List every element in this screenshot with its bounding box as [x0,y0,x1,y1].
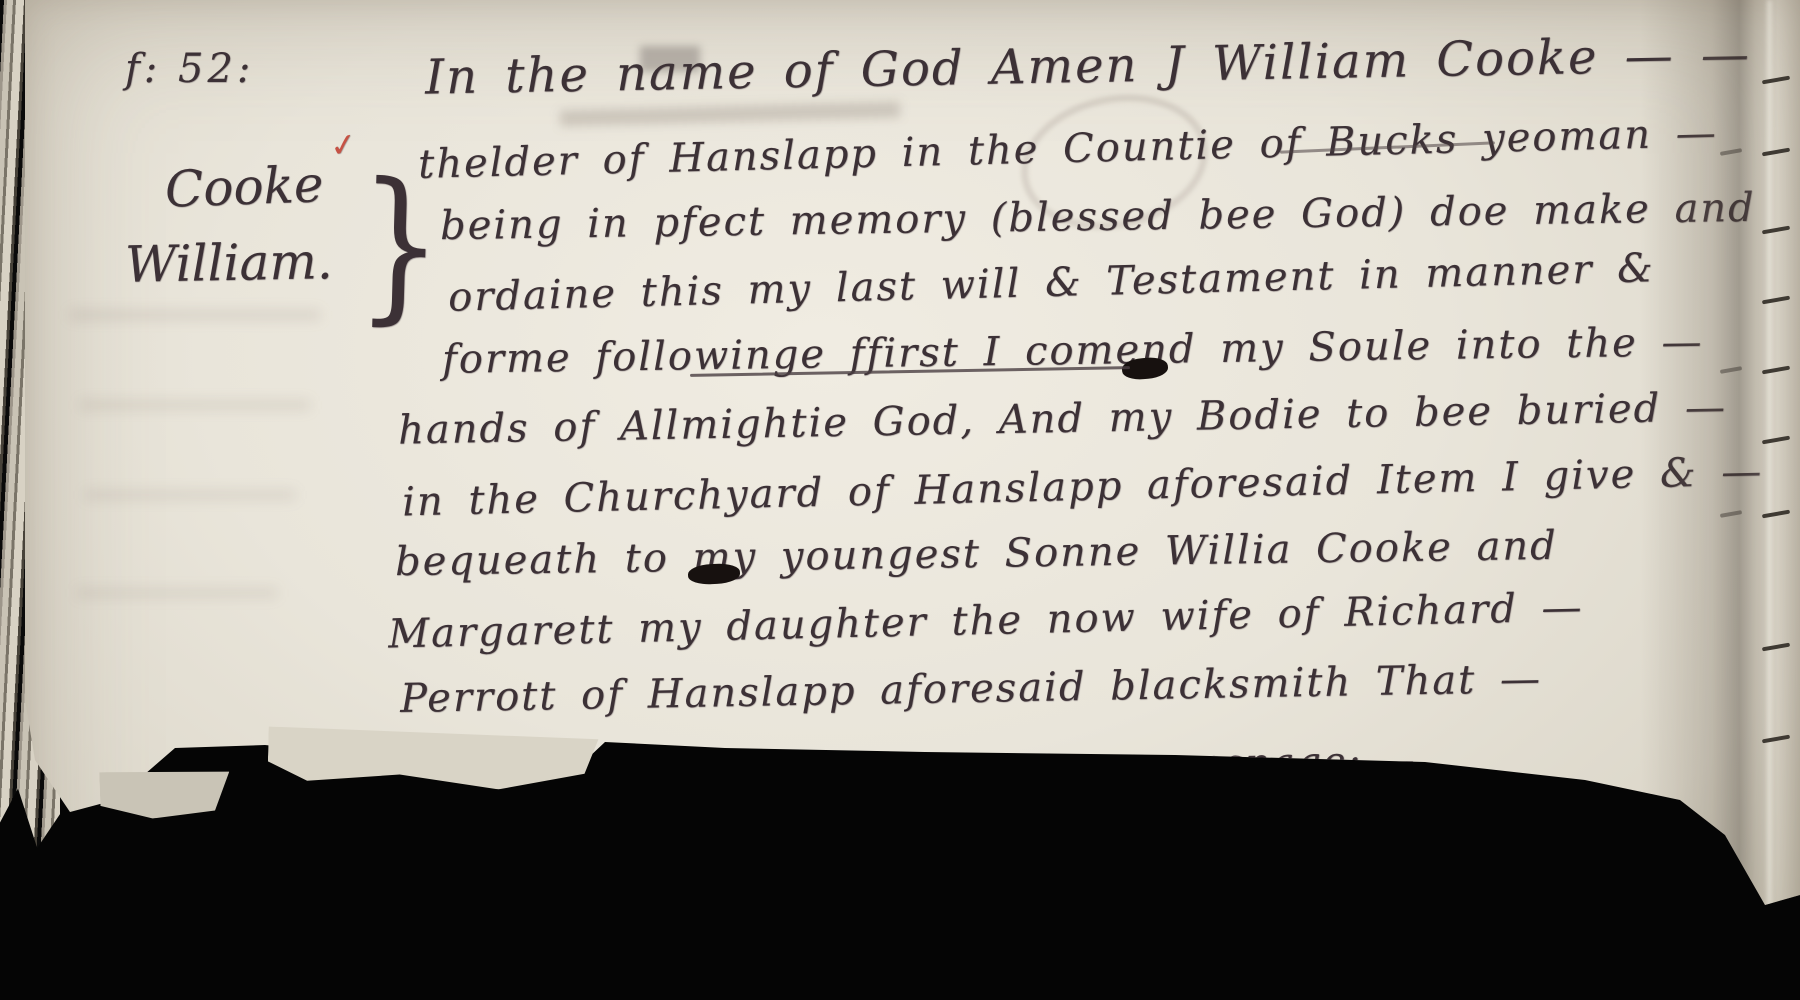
will-line-6: hands of Allmightie God, And my Bodie to… [398,384,1728,453]
manuscript-page: f: 52: ✓ Cooke William. } In the name of… [25,0,1800,1000]
ink-blot [688,563,741,586]
page-edge-tick [1720,148,1742,156]
ink-smear [560,102,900,127]
margin-surname: Cooke [164,155,324,218]
will-line-1: In the name of God Amen J William Cooke … [425,26,1752,105]
torn-paper-fragment [99,768,231,821]
will-line-4: ordaine this my last will & Testament in… [448,245,1656,320]
will-line-2: thelder of Hanslapp in the Countie of Bu… [418,110,1719,188]
will-line-10: Perrott of Hanslapp aforesaid blacksmith… [400,656,1543,722]
page-edge-tick [1720,366,1742,374]
margin-forename: William. [125,232,334,294]
show-through-smudge [85,490,295,500]
catchword: messnage: — [1140,738,1417,787]
will-line-5: forme followinge ffirst I comend my Soul… [442,319,1704,383]
will-line-8: bequeath to my youngest Sonne Willia Coo… [395,523,1558,585]
red-check-mark: ✓ [327,124,359,165]
show-through-smudge [80,400,310,410]
show-through-smudge [70,310,320,320]
will-line-9: Margarett my daughter the now wife of Ri… [388,584,1584,657]
page-edge-tick [1720,510,1742,518]
folio-number: f: 52: [125,46,254,92]
will-line-3: being in pfect memory (blessed bee God) … [440,185,1756,249]
show-through-smudge [77,588,277,598]
will-line-7: in the Churchyard of Hanslapp aforesaid … [402,449,1764,526]
manuscript-photo: f: 52: ✓ Cooke William. } In the name of… [0,0,1800,1000]
